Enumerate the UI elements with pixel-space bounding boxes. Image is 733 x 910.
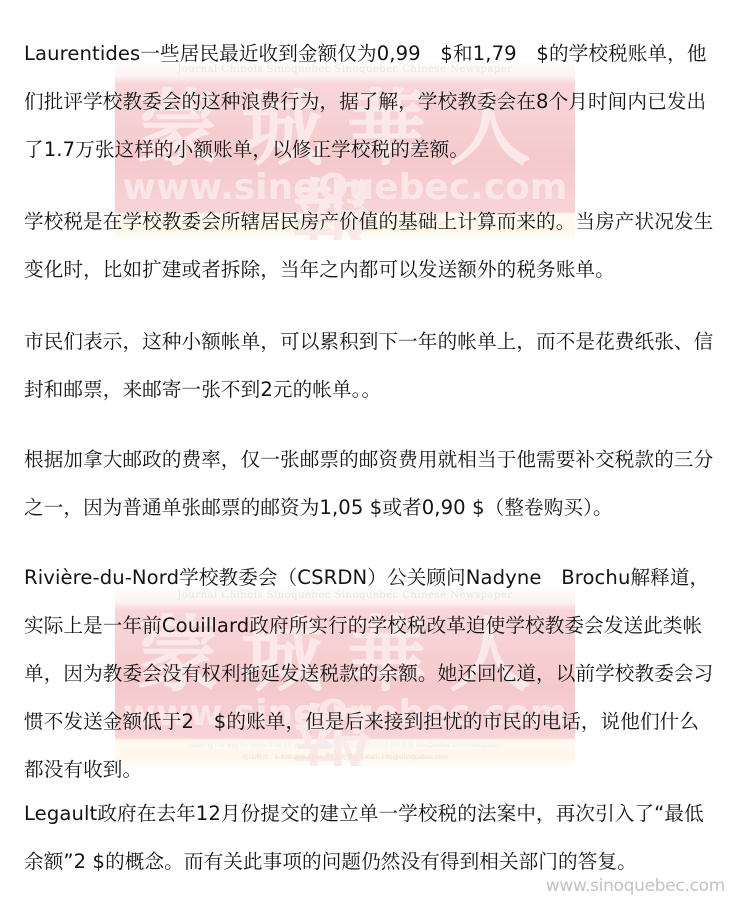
paragraph-2: 学校税是在学校教委会所辖居民房产价值的基础上计算而来的。当房产状况发生变化时，比…: [24, 198, 714, 294]
paragraph-5: Rivière-du-Nord学校教委会（CSRDN）公关顾问Nadyne Br…: [24, 554, 714, 794]
paragraph-4: 根据加拿大邮政的费率，仅一张邮票的邮资费用就相当于他需要补交税款的三分之一，因为…: [24, 436, 714, 532]
paragraph-6: Legault政府在去年12月份提交的建立单一学校税的法案中，再次引入了“最低余…: [24, 790, 714, 886]
paragraph-1: Laurentides一些居民最近收到金额仅为0,99 $和1,79 $的学校税…: [24, 30, 714, 174]
paragraph-3: 市民们表示，这种小额帐单，可以累积到下一年的帐单上，而不是花费纸张、信封和邮票，…: [24, 318, 714, 414]
